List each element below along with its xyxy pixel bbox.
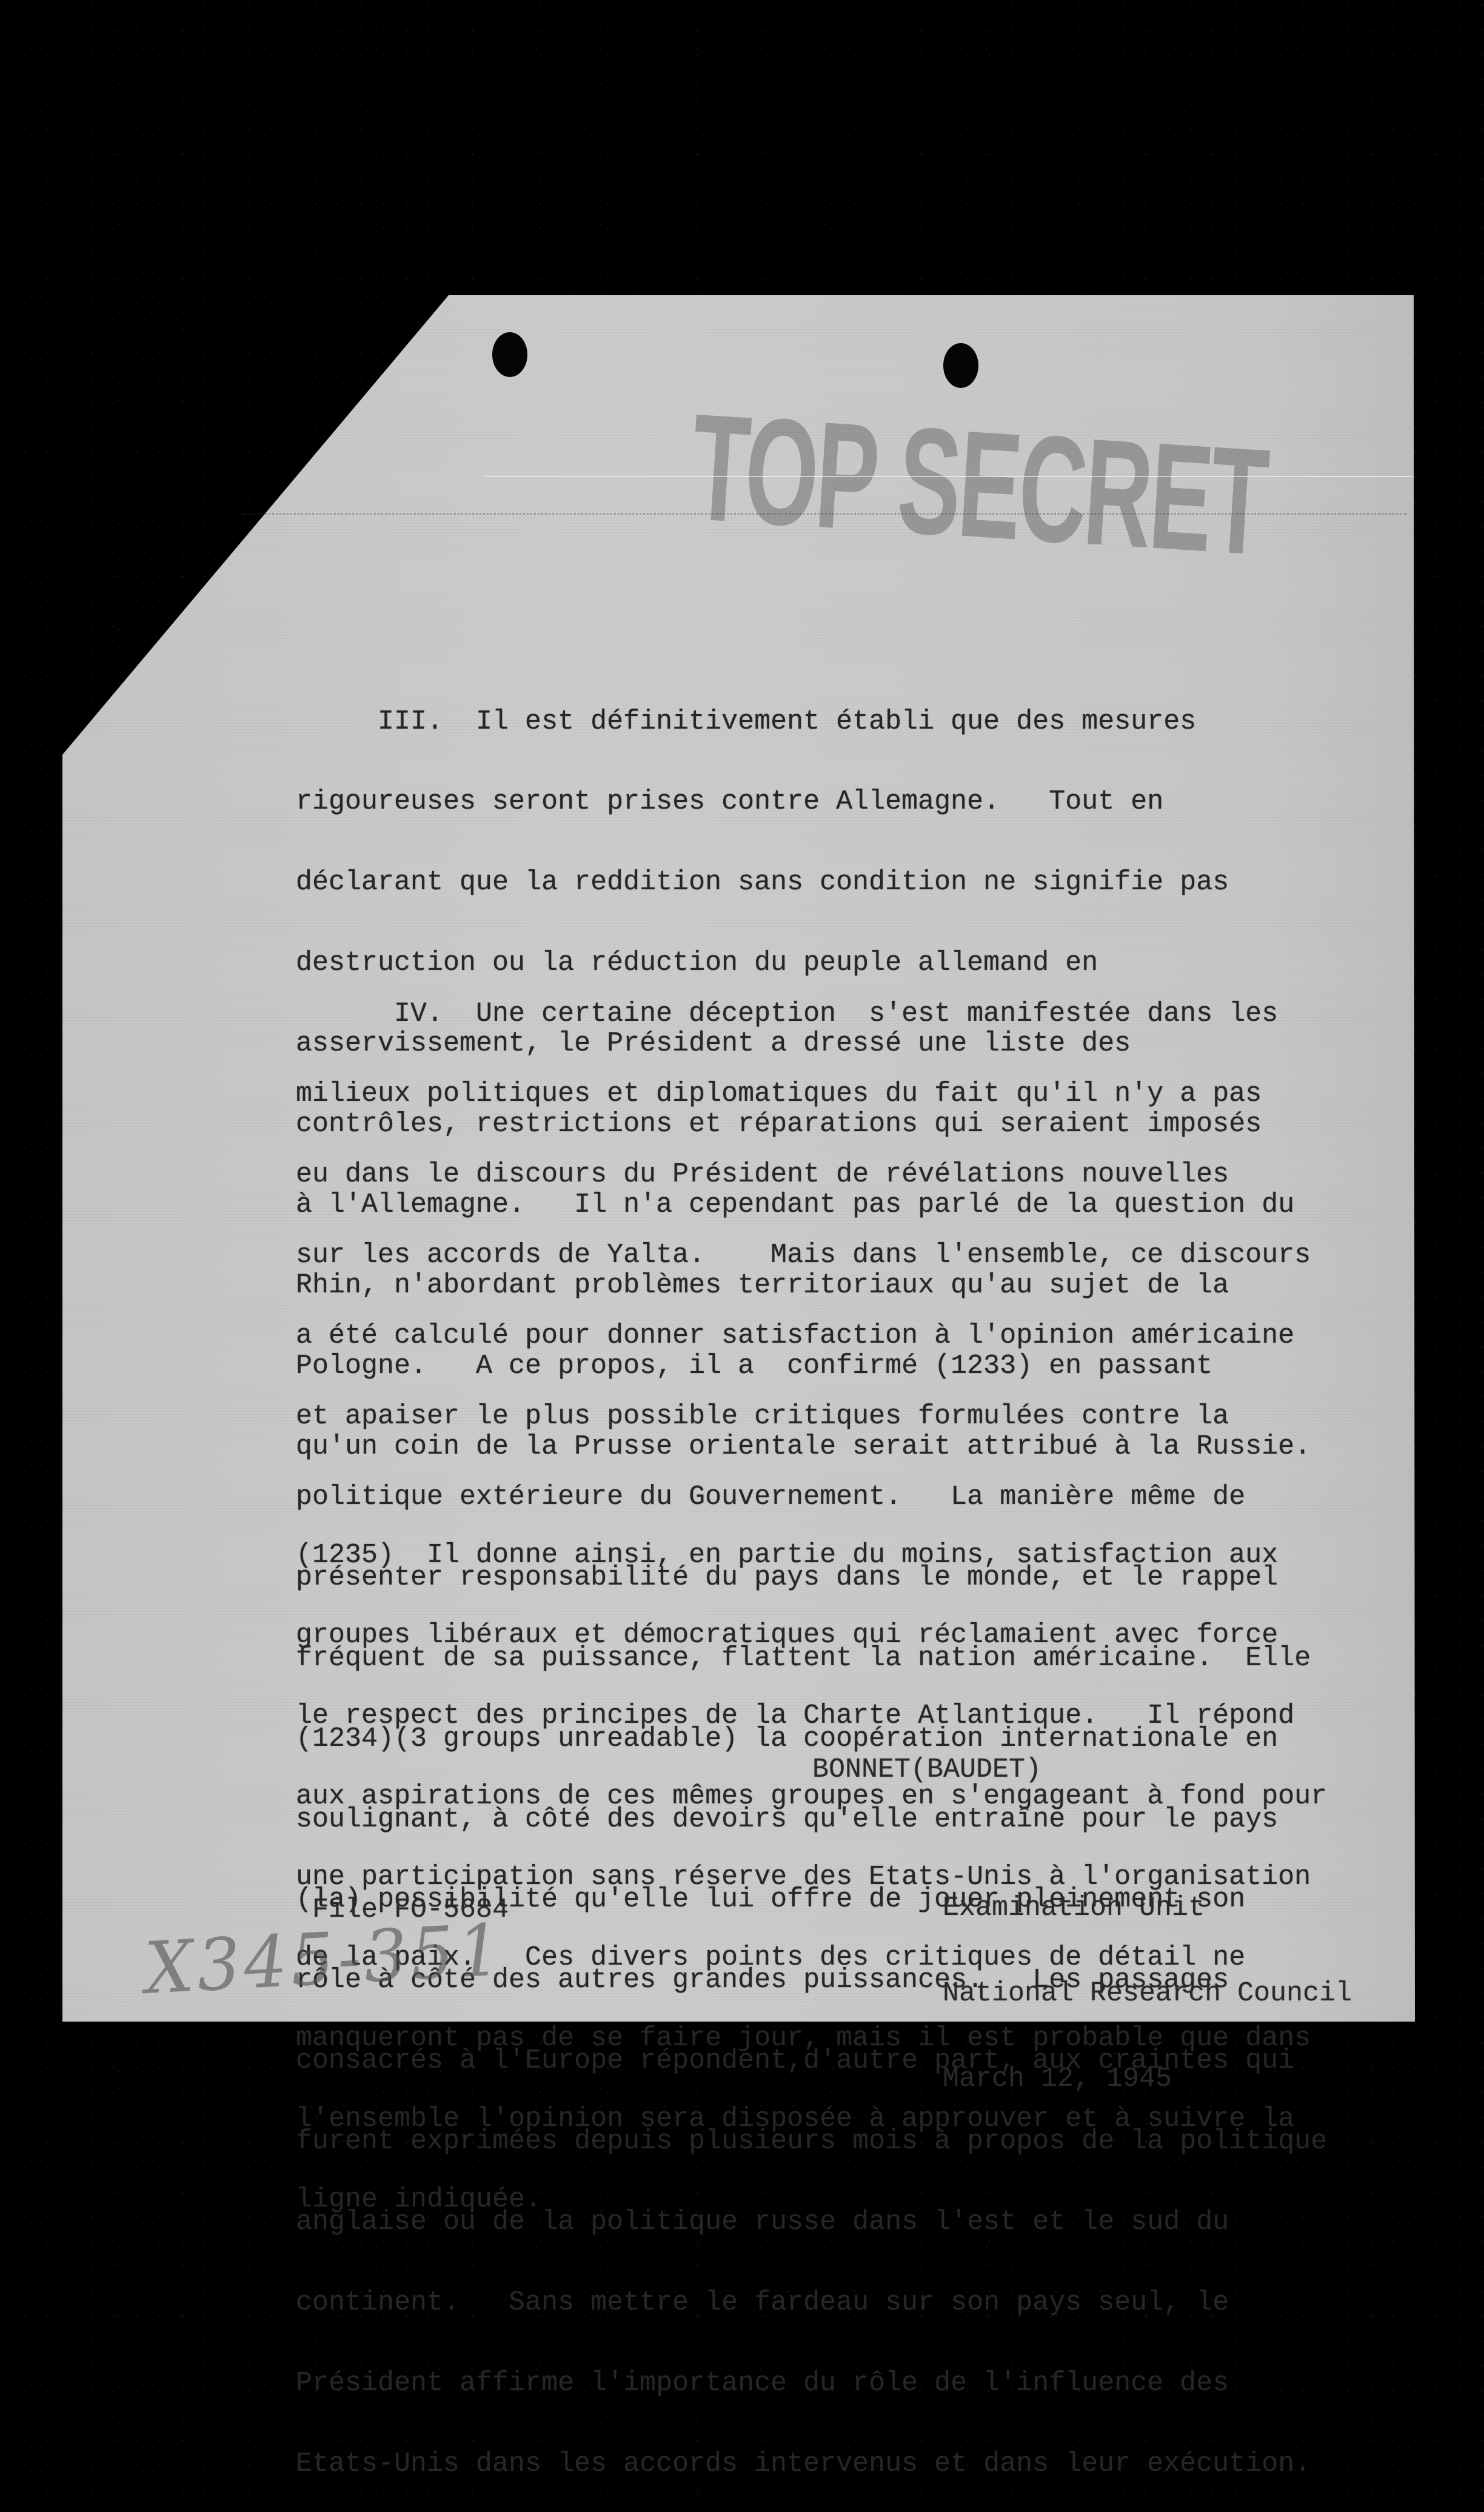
text-line: continent. Sans mettre le fardeau sur so… bbox=[296, 2290, 1327, 2316]
text-line: Etats-Unis dans les accords intervenus e… bbox=[296, 2451, 1327, 2477]
text-line: IV. Une certaine déception s'est manifes… bbox=[296, 1001, 1327, 1027]
text-line: a été calculé pour donner satisfaction à… bbox=[296, 1323, 1327, 1349]
text-line: le respect des principes de la Charte At… bbox=[296, 1703, 1327, 1729]
text-line: III. Il est définitivement établi que de… bbox=[296, 709, 1311, 735]
text-line: ligne indiquée. bbox=[296, 2186, 1327, 2213]
text-line: déclarant que la reddition sans conditio… bbox=[296, 869, 1311, 896]
text-line: (1235) Il donne ainsi, en partie du moin… bbox=[296, 1542, 1327, 1569]
issuer-date: March 12, 1945 bbox=[943, 2065, 1352, 2093]
text-line: rigoureuses seront prises contre Allemag… bbox=[296, 789, 1311, 815]
issuer-unit: Examination Unit bbox=[943, 1894, 1352, 1922]
punch-hole-right bbox=[943, 343, 978, 388]
text-line: sur les accords de Yalta. Mais dans l'en… bbox=[296, 1242, 1327, 1269]
text-line: aux aspirations de ces mêmes groupes en … bbox=[296, 1783, 1327, 1810]
issuer-block: Examination Unit National Research Counc… bbox=[943, 1837, 1352, 2122]
text-line: Président affirme l'importance du rôle d… bbox=[296, 2370, 1327, 2397]
scan-dotted-artifact bbox=[242, 513, 1406, 515]
scan-scratch-line bbox=[485, 476, 1412, 477]
punch-hole-left bbox=[492, 332, 527, 377]
signature: BONNET(BAUDET) bbox=[812, 1755, 1041, 1784]
text-line: groupes libéraux et démocratiques qui ré… bbox=[296, 1622, 1327, 1649]
top-secret-stamp: TOP SECRET bbox=[687, 388, 1084, 570]
text-line: milieux politiques et diplomatiques du f… bbox=[296, 1081, 1327, 1107]
issuer-organization: National Research Council bbox=[943, 1979, 1352, 2008]
text-line: et apaiser le plus possible critiques fo… bbox=[296, 1403, 1327, 1430]
text-line: eu dans le discours du Président de révé… bbox=[296, 1161, 1327, 1188]
